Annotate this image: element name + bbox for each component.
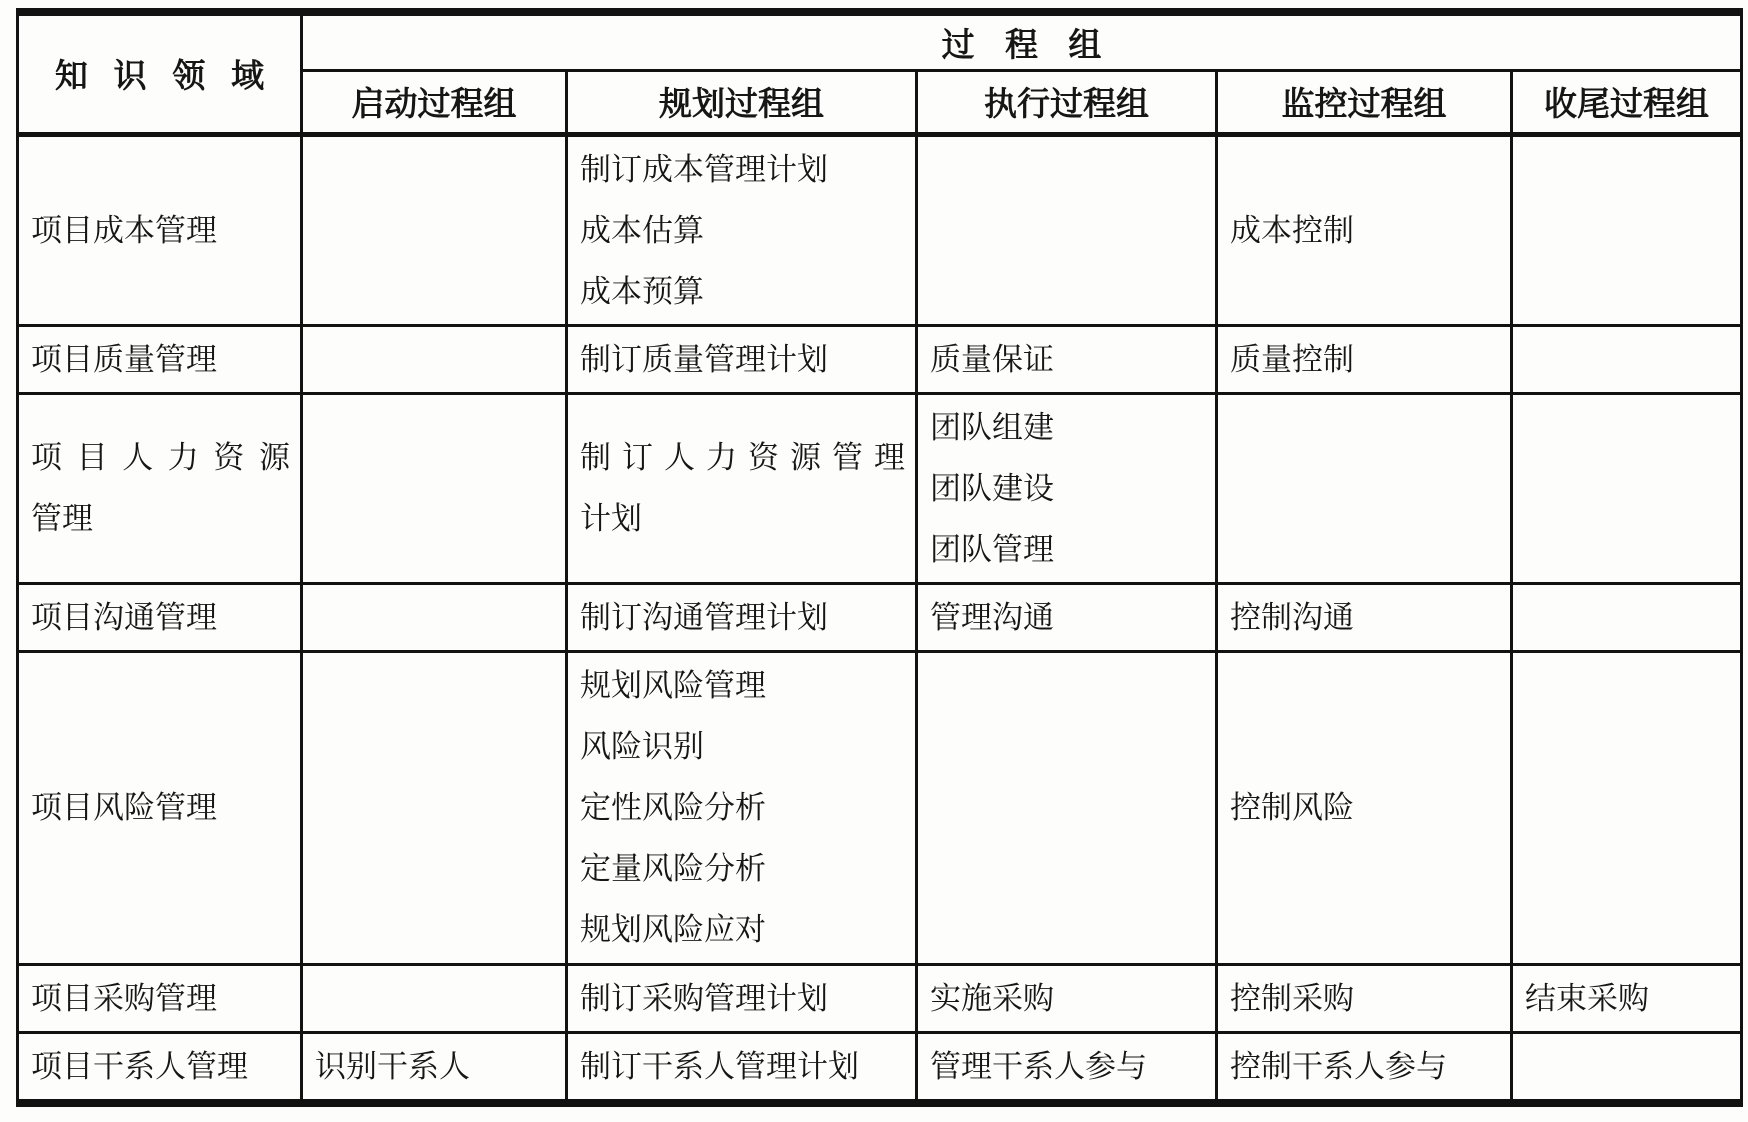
cell-line: 制订人力资源管理 [580,427,905,488]
cell-line: 控制风险 [1230,777,1500,838]
cell-line: 管理沟通 [930,587,1205,648]
process-cell [302,583,567,651]
process-cell [302,325,567,393]
column-header-1: 规划过程组 [567,70,917,134]
process-cell: 结束采购 [1512,964,1742,1032]
cell-line: 团队组建 [930,397,1205,458]
cell-line: 管理干系人参与 [930,1036,1205,1097]
process-cell: 管理干系人参与 [917,1032,1217,1103]
knowledge-area-cell: 项目人力资源管理 [18,393,302,583]
cell-line: 识别干系人 [315,1036,555,1097]
scanned-book-page: 知识领域 过程组 启动过程组规划过程组执行过程组监控过程组收尾过程组 项目成本管… [0,0,1748,1122]
knowledge-area-header: 知识领域 [18,12,302,134]
process-cell: 控制风险 [1217,651,1512,964]
cell-line: 团队建设 [930,458,1205,519]
cell-line: 成本预算 [580,261,905,322]
cell-line: 规划风险应对 [580,899,905,960]
table-row: 项目采购管理制订采购管理计划实施采购控制采购结束采购 [18,964,1742,1032]
cell-line: 项目采购管理 [31,968,290,1029]
cell-line: 项目质量管理 [31,329,290,390]
cell-line: 项目成本管理 [31,200,290,261]
cell-line: 风险识别 [580,716,905,777]
knowledge-area-cell: 项目干系人管理 [18,1032,302,1103]
table-body: 项目成本管理制订成本管理计划成本估算成本预算成本控制项目质量管理制订质量管理计划… [18,134,1742,1103]
cell-line: 质量保证 [930,329,1205,390]
table-row: 项目风险管理规划风险管理风险识别定性风险分析定量风险分析规划风险应对控制风险 [18,651,1742,964]
column-header-2: 执行过程组 [917,70,1217,134]
cell-line: 成本估算 [580,200,905,261]
knowledge-area-cell: 项目沟通管理 [18,583,302,651]
cell-line: 规划风险管理 [580,655,905,716]
process-cell: 成本控制 [1217,134,1512,325]
process-cell: 制订质量管理计划 [567,325,917,393]
process-cell [1512,134,1742,325]
process-cell: 质量保证 [917,325,1217,393]
process-cell [1512,583,1742,651]
process-cell: 制订沟通管理计划 [567,583,917,651]
table-row: 项目人力资源管理制订人力资源管理计划团队组建团队建设团队管理 [18,393,1742,583]
table-row: 项目成本管理制订成本管理计划成本估算成本预算成本控制 [18,134,1742,325]
process-cell: 识别干系人 [302,1032,567,1103]
process-cell [1512,1032,1742,1103]
cell-line: 定量风险分析 [580,838,905,899]
cell-line: 实施采购 [930,968,1205,1029]
cell-line: 制订采购管理计划 [580,968,905,1029]
process-cell: 制订人力资源管理计划 [567,393,917,583]
cell-line: 质量控制 [1230,329,1500,390]
cell-line: 结束采购 [1525,968,1730,1029]
process-cell: 控制沟通 [1217,583,1512,651]
cell-line: 控制沟通 [1230,587,1500,648]
cell-line: 制订质量管理计划 [580,329,905,390]
process-cell [302,651,567,964]
process-cell: 质量控制 [1217,325,1512,393]
process-cell [302,393,567,583]
table-row: 项目沟通管理制订沟通管理计划管理沟通控制沟通 [18,583,1742,651]
process-cell [302,134,567,325]
column-header-3: 监控过程组 [1217,70,1512,134]
cell-line: 管理 [31,488,290,549]
process-cell: 制订干系人管理计划 [567,1032,917,1103]
process-cell [1512,393,1742,583]
cell-line: 成本控制 [1230,200,1500,261]
process-cell [1217,393,1512,583]
cell-line: 项目人力资源 [31,427,290,488]
cell-line: 制订干系人管理计划 [580,1036,905,1097]
process-cell [917,134,1217,325]
cell-line: 控制采购 [1230,968,1500,1029]
cell-line: 项目沟通管理 [31,587,290,648]
cell-line: 项目风险管理 [31,777,290,838]
process-cell: 控制干系人参与 [1217,1032,1512,1103]
cell-line: 计划 [580,488,905,549]
process-group-header: 过程组 [302,12,1742,70]
cell-line: 控制干系人参与 [1230,1036,1500,1097]
process-cell [1512,651,1742,964]
process-cell [917,651,1217,964]
column-header-4: 收尾过程组 [1512,70,1742,134]
cell-line: 团队管理 [930,519,1205,580]
table-row: 项目干系人管理识别干系人制订干系人管理计划管理干系人参与控制干系人参与 [18,1032,1742,1103]
process-cell: 制订采购管理计划 [567,964,917,1032]
process-cell: 控制采购 [1217,964,1512,1032]
knowledge-area-cell: 项目质量管理 [18,325,302,393]
process-cell [302,964,567,1032]
process-cell: 规划风险管理风险识别定性风险分析定量风险分析规划风险应对 [567,651,917,964]
cell-line: 项目干系人管理 [31,1036,290,1097]
knowledge-area-cell: 项目成本管理 [18,134,302,325]
table-row: 项目质量管理制订质量管理计划质量保证质量控制 [18,325,1742,393]
column-header-0: 启动过程组 [302,70,567,134]
cell-line: 制订成本管理计划 [580,139,905,200]
process-cell: 管理沟通 [917,583,1217,651]
cell-line: 定性风险分析 [580,777,905,838]
process-cell [1512,325,1742,393]
process-cell: 团队组建团队建设团队管理 [917,393,1217,583]
process-cell: 实施采购 [917,964,1217,1032]
knowledge-area-cell: 项目采购管理 [18,964,302,1032]
knowledge-area-cell: 项目风险管理 [18,651,302,964]
process-cell: 制订成本管理计划成本估算成本预算 [567,134,917,325]
pm-process-groups-table: 知识领域 过程组 启动过程组规划过程组执行过程组监控过程组收尾过程组 项目成本管… [16,8,1743,1107]
cell-line: 制订沟通管理计划 [580,587,905,648]
